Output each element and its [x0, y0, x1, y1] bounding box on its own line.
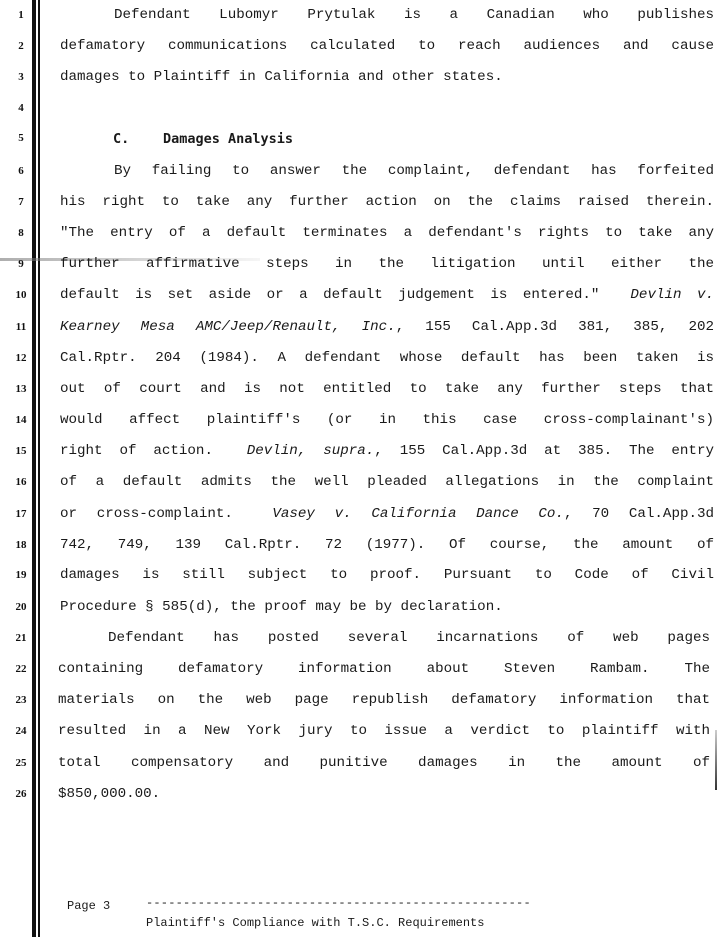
text-line-2: defamatory communications calculated to …: [60, 39, 714, 53]
text-line-15: right of action. Devlin, supra., 155 Cal…: [60, 444, 714, 458]
text-line-19: damages is still subject to proof. Pursu…: [60, 568, 714, 582]
text-line-7: his right to take any further action on …: [60, 195, 714, 209]
line-number: 14: [14, 414, 28, 426]
text-segment: or cross-complaint.: [60, 506, 233, 522]
line-number: 4: [14, 102, 28, 114]
text-line-26: $850,000.00.: [58, 787, 712, 801]
text-line-14: would affect plaintiff's (or in this cas…: [60, 413, 714, 427]
margin-rule-thick: [32, 0, 36, 937]
footer-document-title: Plaintiff's Compliance with T.S.C. Requi…: [146, 916, 484, 930]
text-segment: , 155 Cal.App.3d 381, 385, 202: [396, 319, 714, 335]
text-line-10: default is set aside or a default judgem…: [60, 288, 714, 302]
text-segment: , 70 Cal.App.3d: [564, 506, 714, 522]
text-line-20: Procedure § 585(d), the proof may be by …: [60, 600, 714, 614]
text-line-6: By failing to answer the complaint, defe…: [60, 164, 714, 178]
text-line-23: materials on the web page republish defa…: [58, 693, 710, 707]
line-number: 15: [14, 445, 28, 457]
text-segment: right of action.: [60, 443, 213, 459]
text-line-21: Defendant has posted several incarnation…: [58, 631, 710, 645]
line-number: 6: [14, 165, 28, 177]
margin-rule-thin: [38, 0, 40, 937]
line-number: 1: [14, 9, 28, 21]
line-number: 18: [14, 539, 28, 551]
line-number: 21: [14, 632, 28, 644]
line-number: 17: [14, 508, 28, 520]
line-number: 24: [14, 725, 28, 737]
text-line-11: Kearney Mesa AMC/Jeep/Renault, Inc., 155…: [60, 320, 714, 334]
text-line-8: "The entry of a default terminates a def…: [60, 226, 714, 240]
line-number: 25: [14, 757, 28, 769]
footer-divider: ----------------------------------------…: [146, 896, 531, 910]
text-line-9: further affirmative steps in the litigat…: [60, 257, 714, 271]
line-number: 8: [14, 227, 28, 239]
text-segment: , 155 Cal.App.3d at 385. The entry: [374, 443, 714, 459]
line-number: 9: [14, 258, 28, 270]
text-line-17: or cross-complaint. Vasey v. California …: [60, 507, 714, 521]
line-number: 16: [14, 476, 28, 488]
text-line-13: out of court and is not entitled to take…: [60, 382, 714, 396]
case-citation: Devlin, supra.: [247, 443, 375, 459]
line-number: 2: [14, 40, 28, 52]
line-number: 20: [14, 601, 28, 613]
text-line-1: Defendant Lubomyr Prytulak is a Canadian…: [60, 8, 714, 22]
text-line-25: total compensatory and punitive damages …: [58, 756, 710, 770]
section-label: C.: [113, 131, 163, 147]
line-number: 10: [14, 289, 28, 301]
line-number: 22: [14, 663, 28, 675]
line-number: 19: [14, 569, 28, 581]
line-number: 12: [14, 352, 28, 364]
text-line-18: 742, 749, 139 Cal.Rptr. 72 (1977). Of co…: [60, 538, 714, 552]
line-number: 23: [14, 694, 28, 706]
text-line-22: containing defamatory information about …: [58, 662, 710, 676]
line-number: 5: [14, 132, 28, 144]
case-citation: Devlin v.: [630, 287, 714, 303]
line-number: 7: [14, 196, 28, 208]
text-line-24: resulted in a New York jury to issue a v…: [58, 724, 710, 738]
case-citation: Kearney Mesa AMC/Jeep/Renault, Inc.: [60, 319, 396, 335]
text-line-16: of a default admits the well pleaded all…: [60, 475, 714, 489]
line-number: 3: [14, 71, 28, 83]
page-number: Page 3: [67, 899, 110, 913]
section-title: Damages Analysis: [163, 131, 293, 147]
line-number: 26: [14, 788, 28, 800]
section-heading: C.Damages Analysis: [113, 131, 293, 147]
case-citation: Vasey v. California Dance Co.: [272, 506, 564, 522]
line-number: 11: [14, 321, 28, 333]
text-segment: default is set aside or a default judgem…: [60, 287, 599, 303]
line-number: 13: [14, 383, 28, 395]
text-line-3: damages to Plaintiff in California and o…: [60, 70, 714, 84]
text-line-12: Cal.Rptr. 204 (1984). A defendant whose …: [60, 351, 714, 365]
